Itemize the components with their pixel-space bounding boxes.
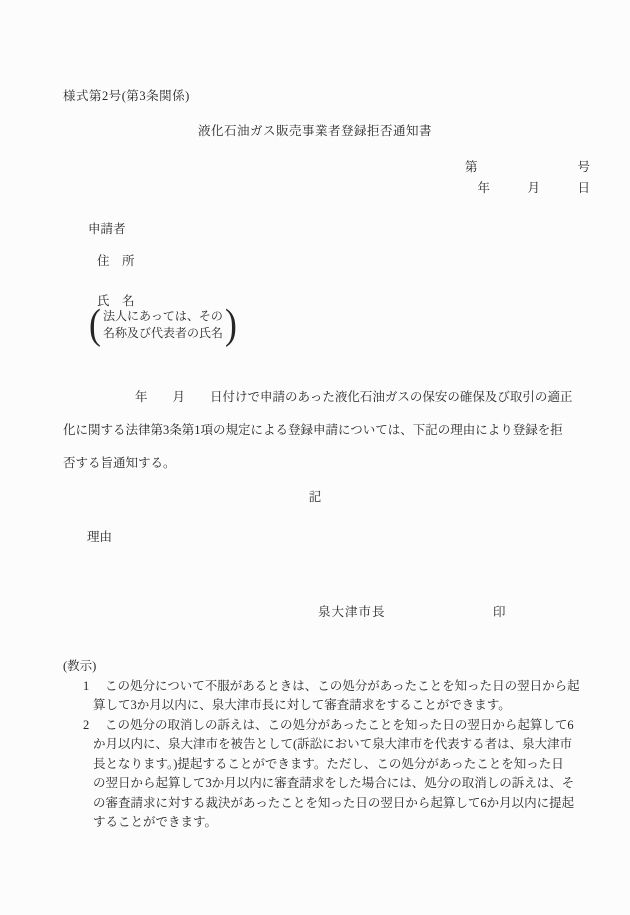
advice-heading: (教示): [63, 657, 580, 677]
notification-body: 年 月 日付けで申請のあった液化石油ガスの保安の確保及び取引の適正 化に関する法…: [63, 381, 572, 480]
advice-item-2-line-2: か月以内に、泉大津市を被告として(訴訟において泉大津市を代表する者は、泉大津市: [63, 735, 580, 755]
open-paren: (: [89, 303, 101, 347]
mayor-name: 泉大津市長: [318, 602, 386, 620]
advice-section: (教示) 1この処分について不服があるときは、この処分があったことを知った日の翌…: [63, 657, 580, 833]
reason-label: 理由: [87, 527, 112, 545]
document-number-block: 第 号 年 月 日: [465, 157, 590, 199]
advice-item-2-line-5: の審査請求に対する裁決があったことを知った日の翌日から起算して6か月以内に提起: [63, 794, 580, 814]
document-title: 液化石油ガス販売事業者登録拒否通知書: [0, 121, 630, 139]
corporate-note-line-2: 名称及び代表者の氏名: [103, 325, 223, 342]
corporate-name-note: ( 法人にあっては、その 名称及び代表者の氏名 ): [88, 303, 238, 347]
document-page: 様式第2号(第3条関係) 液化石油ガス販売事業者登録拒否通知書 第 号 年 月 …: [0, 0, 630, 915]
address-label: 住 所: [97, 251, 135, 269]
close-paren: ): [225, 303, 237, 347]
date-line: 年 月 日: [465, 178, 590, 199]
advice-item-1-number: 1: [83, 677, 105, 697]
advice-item-1-line-1: 1この処分について不服があるときは、この処分があったことを知った日の翌日から起: [63, 677, 580, 697]
advice-item-2-line-4: の翌日から起算して3か月以内に審査請求をした場合には、処分の取消しの訴えは、そ: [63, 774, 580, 794]
body-line-3: 否する旨通知する。: [63, 447, 572, 480]
advice-item-2-text-1: この処分の取消しの訴えは、この処分があったことを知った日の翌日から起算して6: [105, 718, 574, 732]
seal-mark: 印: [493, 602, 506, 620]
corporate-note-lines: 法人にあっては、その 名称及び代表者の氏名: [102, 308, 224, 342]
body-line-2: 化に関する法律第3条第1項の規定による登録申請については、下記の理由により登録を…: [63, 414, 572, 447]
body-line-1: 年 月 日付けで申請のあった液化石油ガスの保安の確保及び取引の適正: [63, 381, 572, 414]
advice-item-2-number: 2: [83, 716, 105, 736]
advice-item-2-line-3: 長となります。)提起することができます。ただし、この処分があったことを知った日: [63, 755, 580, 775]
advice-item-1-line-2: 算して3か月以内に、泉大津市長に対して審査請求をすることができます。: [63, 696, 580, 716]
record-marker: 記: [0, 487, 630, 505]
corporate-note-line-1: 法人にあっては、その: [103, 308, 223, 325]
form-number: 様式第2号(第3条関係): [63, 86, 190, 104]
advice-item-2-line-6: することができます。: [63, 813, 580, 833]
applicant-label: 申請者: [88, 219, 126, 237]
advice-item-1-text-1: この処分について不服があるときは、この処分があったことを知った日の翌日から起: [105, 679, 580, 693]
advice-item-2-line-1: 2この処分の取消しの訴えは、この処分があったことを知った日の翌日から起算して6: [63, 716, 580, 736]
document-number-line: 第 号: [465, 157, 590, 178]
